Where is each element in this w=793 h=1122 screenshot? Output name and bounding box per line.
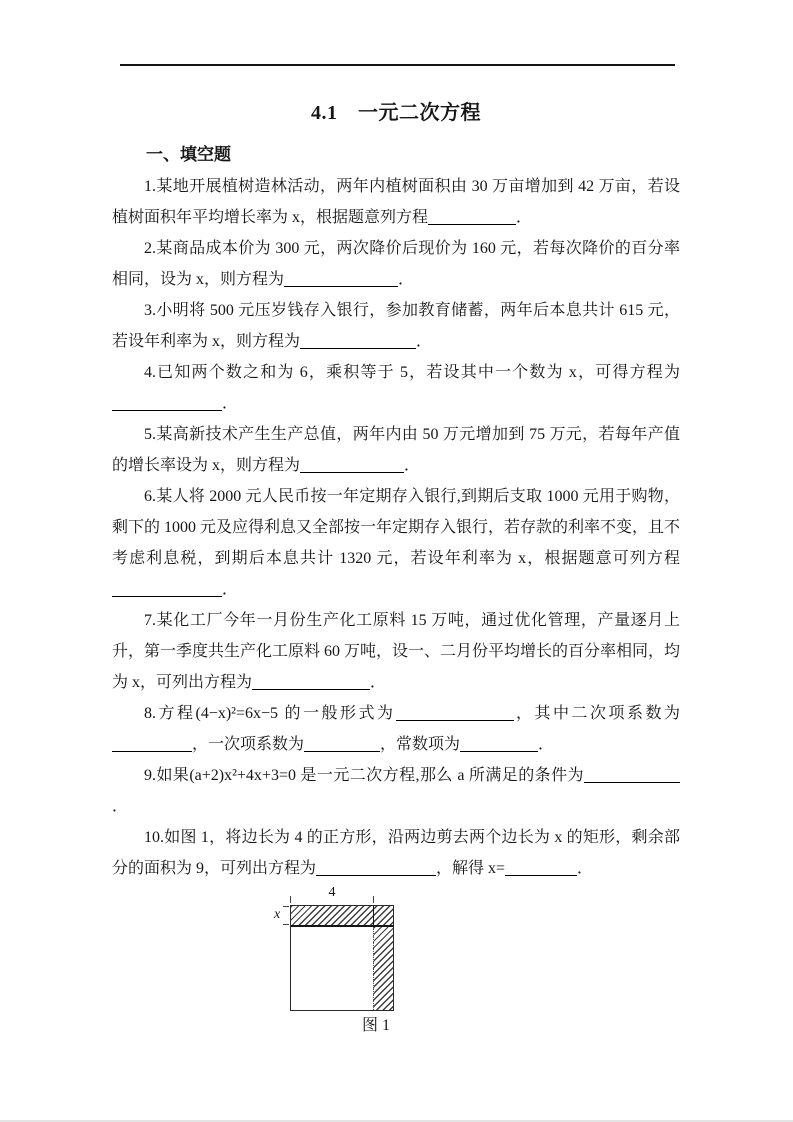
question-text: 4.已知两个数之和为 6，乘积等于 5，若设其中一个数为 x，可得方程为 — [144, 364, 680, 381]
hatched-top-strip — [291, 906, 393, 927]
answer-blank — [316, 859, 436, 876]
strip-divider-line — [373, 906, 375, 925]
question-4: 4.已知两个数之和为 6，乘积等于 5，若设其中一个数为 x，可得方程为． — [112, 357, 680, 419]
question-text: ，常数项为 — [380, 736, 460, 753]
question-text: 7.某化工厂今年一月份生产化工原料 15 万吨，通过优化管理，产量逐月上升，第一… — [112, 612, 680, 691]
question-text: ． — [404, 457, 420, 474]
figure-caption: 图 1 — [362, 1016, 390, 1036]
question-text: ． — [222, 395, 238, 412]
question-9: 9.如果(a+2)x²+4x+3=0 是一元二次方程,那么 a 所满足的条件为． — [112, 760, 680, 822]
square-outline — [290, 905, 394, 1011]
side-dimension-label: x — [274, 908, 280, 922]
answer-blank — [300, 456, 404, 473]
answer-blank — [396, 704, 514, 721]
question-text: ． — [577, 860, 593, 877]
answer-blank — [584, 766, 680, 783]
hatched-right-strip — [373, 927, 393, 1010]
question-1: 1.某地开展植树造林活动，两年内植树面积由 30 万亩增加到 42 万亩，若设植… — [112, 171, 680, 233]
question-text: 9.如果(a+2)x²+4x+3=0 是一元二次方程,那么 a 所满足的条件为 — [144, 767, 584, 784]
question-5: 5.某高新技术产生生产总值，两年内由 50 万元增加到 75 万元，若每年产值的… — [112, 419, 680, 481]
question-3: 3.小明将 500 元压岁钱存入银行，参加教育储蓄，两年后本息共计 615 元，… — [112, 295, 680, 357]
answer-blank — [300, 332, 416, 349]
page-title: 4.1 一元二次方程 — [112, 0, 680, 126]
question-10: 10.如图 1，将边长为 4 的正方形，沿两边剪去两个边长为 x 的矩形，剩余部… — [112, 822, 680, 884]
answer-blank — [112, 580, 222, 597]
dimension-tick — [283, 906, 289, 907]
question-text: ，解得 x= — [436, 860, 505, 877]
question-list: 1.某地开展植树造林活动，两年内植树面积由 30 万亩增加到 42 万亩，若设植… — [112, 171, 680, 884]
figure-1: 4 x 图 1 — [270, 890, 680, 1044]
question-text: 1.某地开展植树造林活动，两年内植树面积由 30 万亩增加到 42 万亩，若设植… — [112, 178, 680, 226]
question-text: ． — [112, 798, 128, 815]
page-content: 4.1 一元二次方程 一、填空题 1.某地开展植树造林活动，两年内植树面积由 3… — [0, 0, 793, 1044]
question-text: ． — [222, 581, 238, 598]
dimension-tick — [373, 896, 374, 903]
question-text: ． — [370, 674, 386, 691]
top-dimension-label: 4 — [290, 886, 374, 900]
answer-blank — [112, 735, 192, 752]
answer-blank — [304, 735, 380, 752]
worksheet-page: 4.1 一元二次方程 一、填空题 1.某地开展植树造林活动，两年内植树面积由 3… — [0, 0, 793, 1122]
dimension-tick — [290, 896, 291, 903]
answer-blank — [284, 270, 398, 287]
answer-blank — [112, 394, 222, 411]
question-text: ． — [516, 209, 532, 226]
question-2: 2.某商品成本价为 300 元，两次降价后现价为 160 元，若每次降价的百分率… — [112, 233, 680, 295]
question-7: 7.某化工厂今年一月份生产化工原料 15 万吨，通过优化管理，产量逐月上升，第一… — [112, 605, 680, 698]
dimension-tick — [283, 924, 289, 925]
header-rule — [120, 64, 675, 66]
answer-blank — [428, 208, 516, 225]
answer-blank — [252, 673, 370, 690]
question-text: ，一次项系数为 — [192, 736, 304, 753]
question-text: ． — [398, 271, 414, 288]
section-heading: 一、填空题 — [112, 143, 680, 167]
answer-blank — [460, 735, 538, 752]
question-6: 6.某人将 2000 元人民币按一年定期存入银行,到期后支取 1000 元用于购… — [112, 481, 680, 605]
answer-blank — [505, 859, 577, 876]
question-8: 8.方程(4−x)²=6x−5 的一般形式为，其中二次项系数为，一次项系数为，常… — [112, 698, 680, 760]
question-text: ，其中二次项系数为 — [514, 705, 680, 722]
figure-canvas: 4 x 图 1 — [270, 890, 440, 1044]
question-text: 8.方程(4−x)²=6x−5 的一般形式为 — [144, 705, 396, 722]
question-text: 6.某人将 2000 元人民币按一年定期存入银行,到期后支取 1000 元用于购… — [112, 488, 680, 567]
question-text: ． — [416, 333, 432, 350]
question-text: ． — [538, 736, 554, 753]
